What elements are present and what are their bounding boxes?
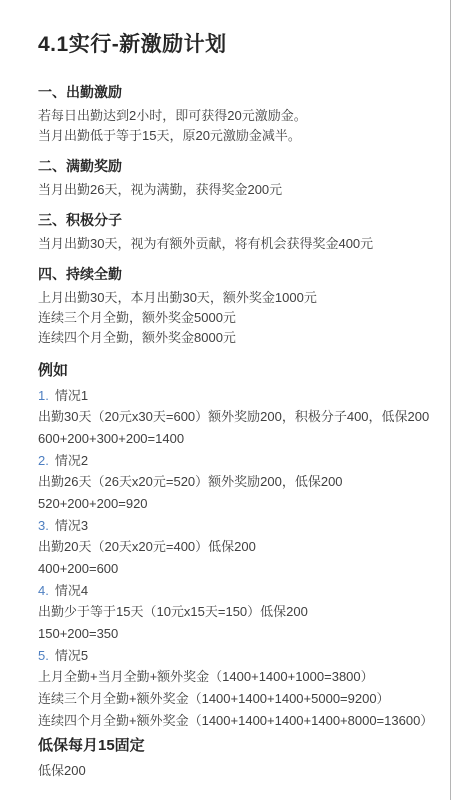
document-page: 4.1实行-新激励计划 一、出勤激励 若每日出勤达到2小时，即可获得20元激励金… xyxy=(0,0,454,800)
section-line: 当月出勤26天，视为满勤，获得奖金200元 xyxy=(38,180,420,200)
examples-section: 例如 1.情况1 出勤30天（20元x30天=600）额外奖励200，积极分子4… xyxy=(38,362,420,727)
page-right-border xyxy=(450,0,451,800)
section-line: 当月出勤30天，视为有额外贡献，将有机会获得奖金400元 xyxy=(38,234,420,254)
example-title: 情况2 xyxy=(55,453,88,468)
list-number: 5. xyxy=(38,648,49,663)
section-active-member: 三、积极分子 当月出勤30天，视为有额外贡献，将有机会获得奖金400元 xyxy=(38,212,420,254)
section-heading: 三、积极分子 xyxy=(38,212,420,228)
example-title: 情况3 xyxy=(55,518,88,533)
example-item-head: 5.情况5 xyxy=(38,649,420,662)
example-line: 400+200=600 xyxy=(38,562,420,575)
example-line: 150+200=350 xyxy=(38,627,420,640)
section-full-attendance-reward: 二、满勤奖励 当月出勤26天，视为满勤，获得奖金200元 xyxy=(38,158,420,200)
example-line: 连续三个月全勤+额外奖金（1400+1400+1400+5000=9200） xyxy=(38,692,420,705)
list-number: 2. xyxy=(38,453,49,468)
example-line: 出勤26天（26天x20元=520）额外奖励200，低保200 xyxy=(38,475,420,488)
footer-line: 低保200 xyxy=(38,763,420,779)
section-line: 若每日出勤达到2小时，即可获得20元激励金。 xyxy=(38,106,420,126)
example-item: 3.情况3 出勤20天（20天x20元=400）低保200 400+200=60… xyxy=(38,519,420,575)
section-heading: 四、持续全勤 xyxy=(38,266,420,282)
list-number: 1. xyxy=(38,388,49,403)
examples-heading: 例如 xyxy=(38,362,420,380)
section-attendance-incentive: 一、出勤激励 若每日出勤达到2小时，即可获得20元激励金。 当月出勤低于等于15… xyxy=(38,84,420,146)
section-line: 连续三个月全勤，额外奖金5000元 xyxy=(38,308,420,328)
section-continuous-full-attendance: 四、持续全勤 上月出勤30天，本月出勤30天，额外奖金1000元 连续三个月全勤… xyxy=(38,266,420,348)
example-line: 上月全勤+当月全勤+额外奖金（1400+1400+1000=3800） xyxy=(38,670,420,683)
example-title: 情况5 xyxy=(55,648,88,663)
doc-title: 4.1实行-新激励计划 xyxy=(38,33,420,57)
list-number: 4. xyxy=(38,583,49,598)
example-line: 600+200+300+200=1400 xyxy=(38,432,420,445)
section-line: 当月出勤低于等于15天，原20元激励金减半。 xyxy=(38,126,420,146)
example-line: 出勤少于等于15天（10元x15天=150）低保200 xyxy=(38,605,420,618)
example-line: 520+200+200=920 xyxy=(38,497,420,510)
example-item: 4.情况4 出勤少于等于15天（10元x15天=150）低保200 150+20… xyxy=(38,584,420,640)
example-title: 情况1 xyxy=(55,388,88,403)
example-line: 连续四个月全勤+额外奖金（1400+1400+1400+1400+8000=13… xyxy=(38,714,420,727)
footer-heading: 低保每月15固定 xyxy=(38,737,420,755)
example-item: 1.情况1 出勤30天（20元x30天=600）额外奖励200，积极分子400，… xyxy=(38,389,420,445)
example-item-head: 1.情况1 xyxy=(38,389,420,402)
example-line: 出勤20天（20天x20元=400）低保200 xyxy=(38,540,420,553)
list-number: 3. xyxy=(38,518,49,533)
example-line: 出勤30天（20元x30天=600）额外奖励200，积极分子400，低保200 xyxy=(38,410,420,423)
example-item-head: 3.情况3 xyxy=(38,519,420,532)
example-item-head: 2.情况2 xyxy=(38,454,420,467)
section-line: 连续四个月全勤，额外奖金8000元 xyxy=(38,328,420,348)
example-item: 5.情况5 上月全勤+当月全勤+额外奖金（1400+1400+1000=3800… xyxy=(38,649,420,727)
example-item: 2.情况2 出勤26天（26天x20元=520）额外奖励200，低保200 52… xyxy=(38,454,420,510)
section-line: 上月出勤30天，本月出勤30天，额外奖金1000元 xyxy=(38,288,420,308)
example-title: 情况4 xyxy=(55,583,88,598)
footer-section: 低保每月15固定 低保200 xyxy=(38,737,420,779)
example-item-head: 4.情况4 xyxy=(38,584,420,597)
section-heading: 一、出勤激励 xyxy=(38,84,420,100)
section-heading: 二、满勤奖励 xyxy=(38,158,420,174)
